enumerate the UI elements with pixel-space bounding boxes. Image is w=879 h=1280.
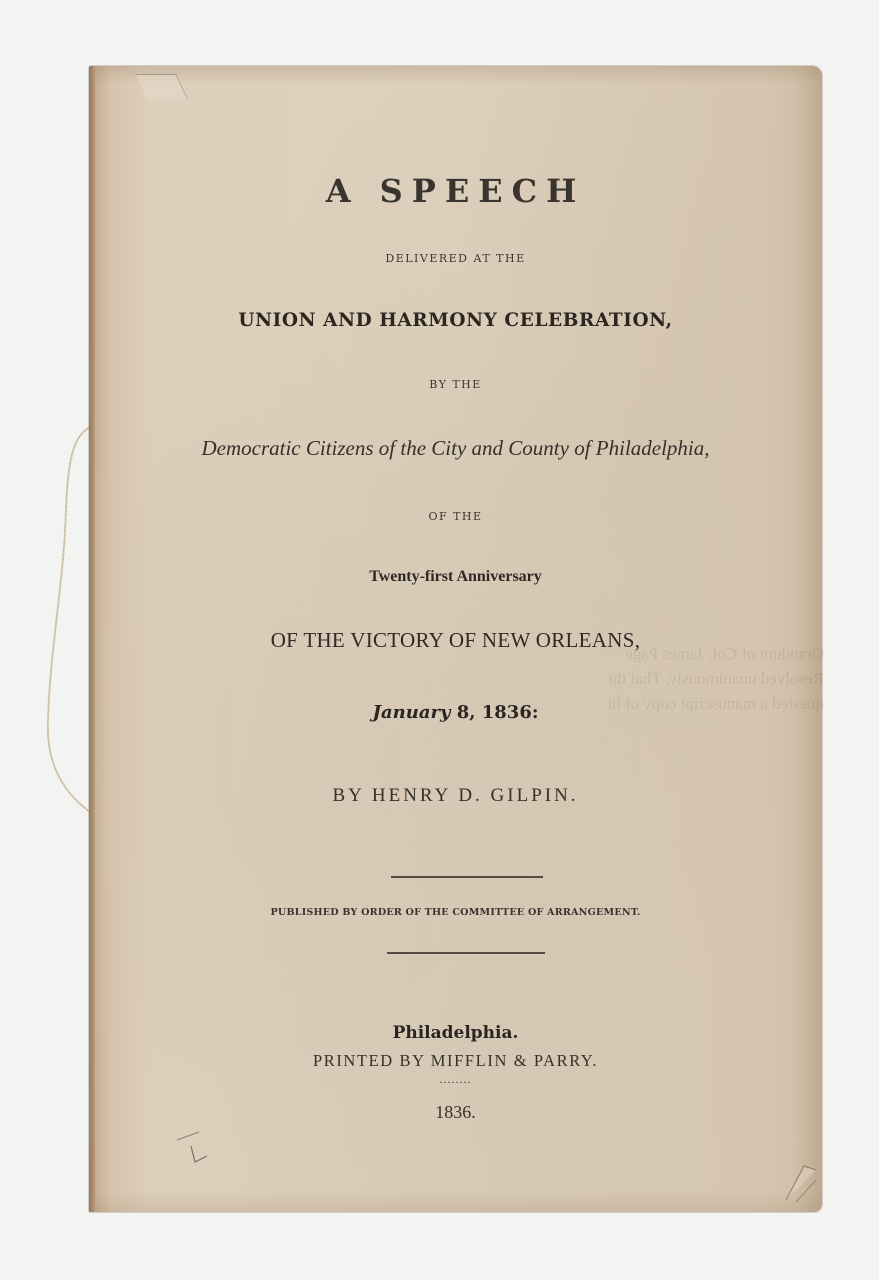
of-the-line: OF THE — [89, 510, 822, 523]
publication-note: PUBLISHED BY ORDER OF THE COMMITTEE OF A… — [89, 907, 822, 918]
title-page: Orandum of Col. James Page Resolved unan… — [89, 66, 822, 1212]
imprint-printer: PRINTED BY MIFFLIN & PARRY. — [89, 1051, 822, 1071]
date-line: January 8, 1836: — [89, 702, 822, 723]
by-the-line: BY THE — [89, 378, 822, 391]
pencil-mark-icon — [169, 1126, 209, 1166]
imprint-ornament: ........ — [89, 1072, 822, 1087]
event-name: UNION AND HARMONY CELEBRATION, — [89, 310, 822, 331]
date-day-year: 8, 1836: — [450, 702, 538, 723]
imprint-year: 1836. — [89, 1102, 822, 1123]
corner-crease-icon — [782, 1160, 820, 1208]
date-month: January — [372, 702, 450, 723]
divider-rule-top — [391, 876, 543, 878]
victory-line: OF THE VICTORY OF NEW ORLEANS, — [89, 628, 822, 653]
imprint-city: Philadelphia. — [89, 1023, 822, 1043]
citizens-line: Democratic Citizens of the City and Coun… — [89, 436, 822, 461]
anniversary-line: Twenty-first Anniversary — [89, 568, 822, 586]
delivered-line: DELIVERED AT THE — [89, 252, 822, 265]
author-line: BY HENRY D. GILPIN. — [89, 785, 822, 807]
divider-rule-bottom — [387, 952, 545, 954]
document-title: A SPEECH — [89, 172, 822, 210]
paper-tear — [135, 74, 188, 99]
